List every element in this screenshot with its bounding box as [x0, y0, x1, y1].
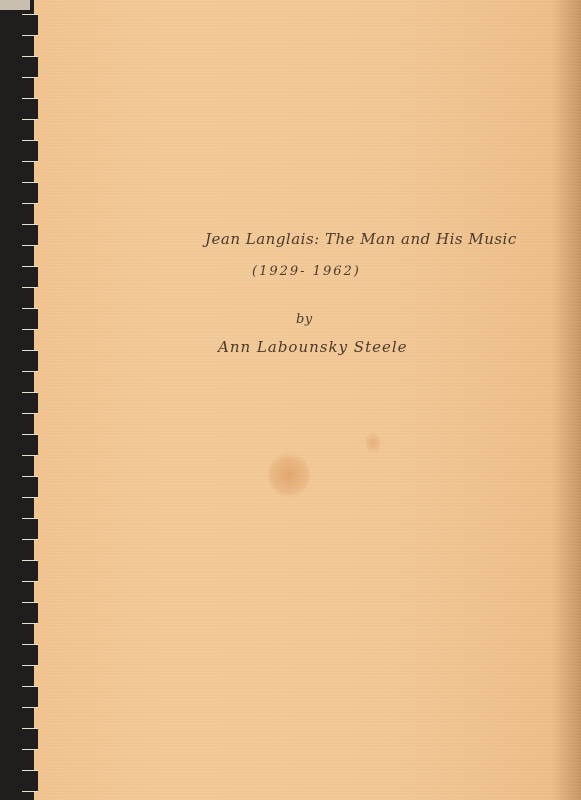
binding-tooth — [22, 602, 38, 624]
binding-tooth — [22, 476, 38, 498]
water-stain-small — [366, 430, 380, 456]
binding-tooth — [22, 728, 38, 750]
water-stain — [268, 452, 310, 498]
document-title: Jean Langlais: The Man and His Music — [205, 230, 517, 248]
binding-tooth — [22, 434, 38, 456]
byline-label: by — [296, 312, 313, 327]
binding-tooth — [22, 686, 38, 708]
binding-tooth — [22, 182, 38, 204]
binding-tooth — [22, 560, 38, 582]
cover-page — [0, 0, 581, 800]
binding-tooth — [22, 644, 38, 666]
binding-top-edge — [0, 0, 30, 10]
document-dates: (1929- 1962) — [252, 264, 361, 279]
binding-tooth — [22, 770, 38, 792]
binding-tooth — [22, 224, 38, 246]
binding-tooth — [22, 14, 38, 36]
document-author: Ann Labounsky Steele — [218, 338, 408, 356]
binding-tooth — [22, 140, 38, 162]
binding-tooth — [22, 350, 38, 372]
binding-tooth — [22, 308, 38, 330]
binding-tooth — [22, 518, 38, 540]
binding-tooth — [22, 98, 38, 120]
binding-tooth — [22, 392, 38, 414]
binding-tooth — [22, 56, 38, 78]
binding-tooth — [22, 266, 38, 288]
